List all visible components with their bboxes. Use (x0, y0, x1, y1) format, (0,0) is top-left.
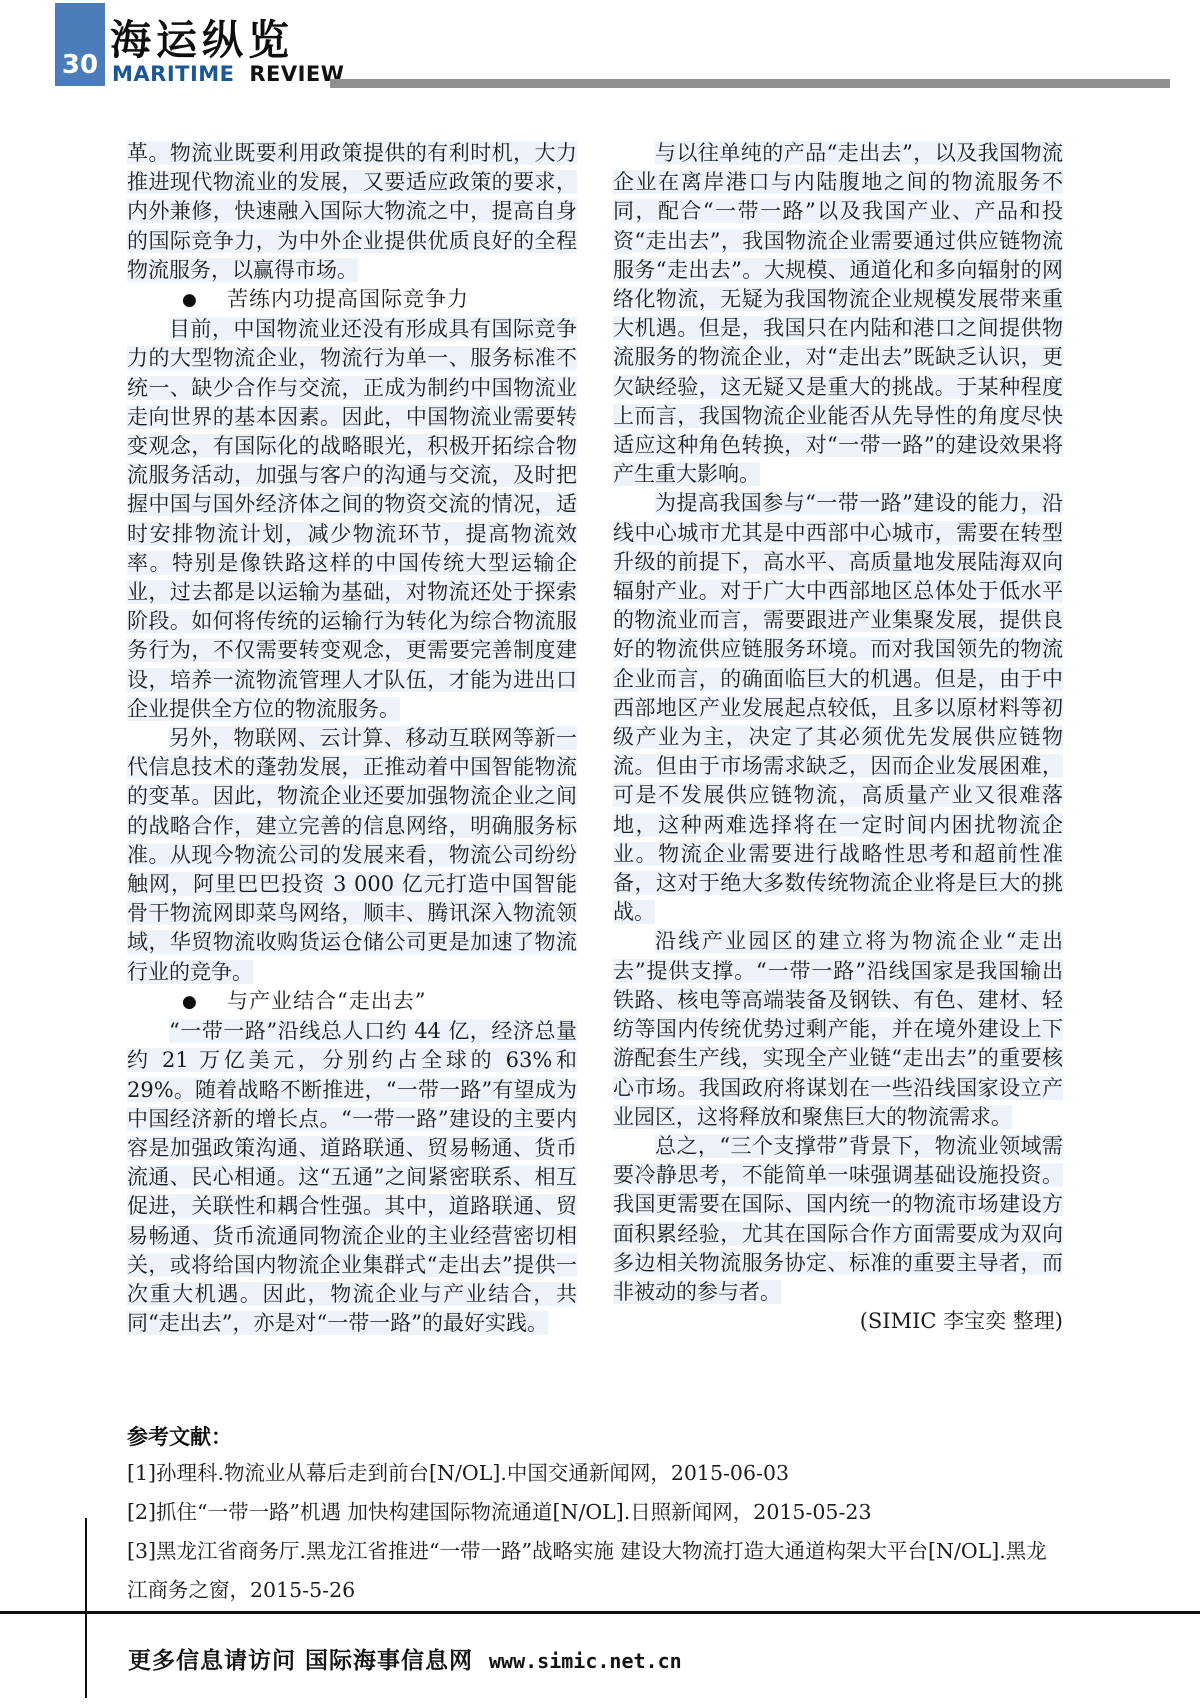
section-heading-2: ●与产业结合“走出去” (127, 987, 577, 1017)
magazine-title: 海运纵览 (110, 20, 294, 61)
reference-item: [2]抓住“一带一路”机遇 加快构建国际物流通道[N/OL].日照新闻网，201… (127, 1493, 1063, 1532)
reference-item: [3]黑龙江省商务厅.黑龙江省推进“一带一路”战略实施 建设大物流打造大通道构架… (127, 1532, 1063, 1610)
section-heading-1: ●苦练内功提高国际竞争力 (127, 285, 577, 315)
magazine-page: 30 海运纵览 MARITIME REVIEW 革。物流业既要利用政策提供的有利… (0, 0, 1200, 1707)
footer-rule (0, 1611, 1200, 1614)
subtitle-maritime: MARITIME (112, 62, 235, 86)
references-section: 参考文献： [1]孙理科.物流业从幕后走到前台[N/OL].中国交通新闻网，20… (127, 1424, 1063, 1610)
paragraph-continuation: 革。物流业既要利用政策提供的有利时机，大力推进现代物流业的发展，又要适应政策的要… (127, 139, 577, 285)
paragraph: 另外，物联网、云计算、移动互联网等新一代信息技术的蓬勃发展，正推动着中国智能物流… (127, 724, 577, 987)
references-label: 参考文献： (127, 1424, 1063, 1450)
byline: (SIMIC 李宝奕 整理) (613, 1307, 1063, 1336)
magazine-subtitle: MARITIME REVIEW (112, 64, 344, 85)
footer-url: www.simic.net.cn (489, 1649, 682, 1673)
column-right: 与以往单纯的产品“走出去”，以及我国物流企业在离岸港口与内陆腹地之间的物流服务不… (613, 139, 1063, 1338)
page-number: 30 (62, 52, 98, 86)
paragraph: 沿线产业园区的建立将为物流企业“走出去”提供支撑。“一带一路”沿线国家是我国输出… (613, 927, 1063, 1131)
paragraph: 总之，“三个支撑带”背景下，物流业领域需要冷静思考，不能简单一味强调基础设施投资… (613, 1132, 1063, 1307)
section-heading-label: 苦练内功提高国际竞争力 (227, 287, 469, 311)
reference-item: [1]孙理科.物流业从幕后走到前台[N/OL].中国交通新闻网，2015-06-… (127, 1454, 1063, 1493)
paragraph: 为提高我国参与“一带一路”建设的能力，沿线中心城市尤其是中西部中心城市，需要在转… (613, 489, 1063, 927)
column-left: 革。物流业既要利用政策提供的有利时机，大力推进现代物流业的发展，又要适应政策的要… (127, 139, 577, 1338)
footer: 更多信息请访问 国际海事信息网 www.simic.net.cn (128, 1642, 682, 1675)
article-body: 革。物流业既要利用政策提供的有利时机，大力推进现代物流业的发展，又要适应政策的要… (127, 139, 1063, 1338)
left-margin-rule (85, 1518, 87, 1698)
paragraph: 目前，中国物流业还没有形成具有国际竞争力的大型物流企业，物流行为单一、服务标准不… (127, 315, 577, 724)
paragraph: 与以往单纯的产品“走出去”，以及我国物流企业在离岸港口与内陆腹地之间的物流服务不… (613, 139, 1063, 489)
section-heading-label: 与产业结合“走出去” (227, 989, 426, 1013)
paragraph: “一带一路”沿线总人口约 44 亿，经济总量约 21 万亿美元，分别约占全球的 … (127, 1017, 577, 1338)
page-number-box: 30 (55, 3, 105, 86)
bullet-icon: ● (182, 988, 227, 1017)
header-rule (330, 79, 1170, 88)
footer-text: 更多信息请访问 国际海事信息网 (128, 1642, 473, 1675)
bullet-icon: ● (182, 286, 227, 315)
